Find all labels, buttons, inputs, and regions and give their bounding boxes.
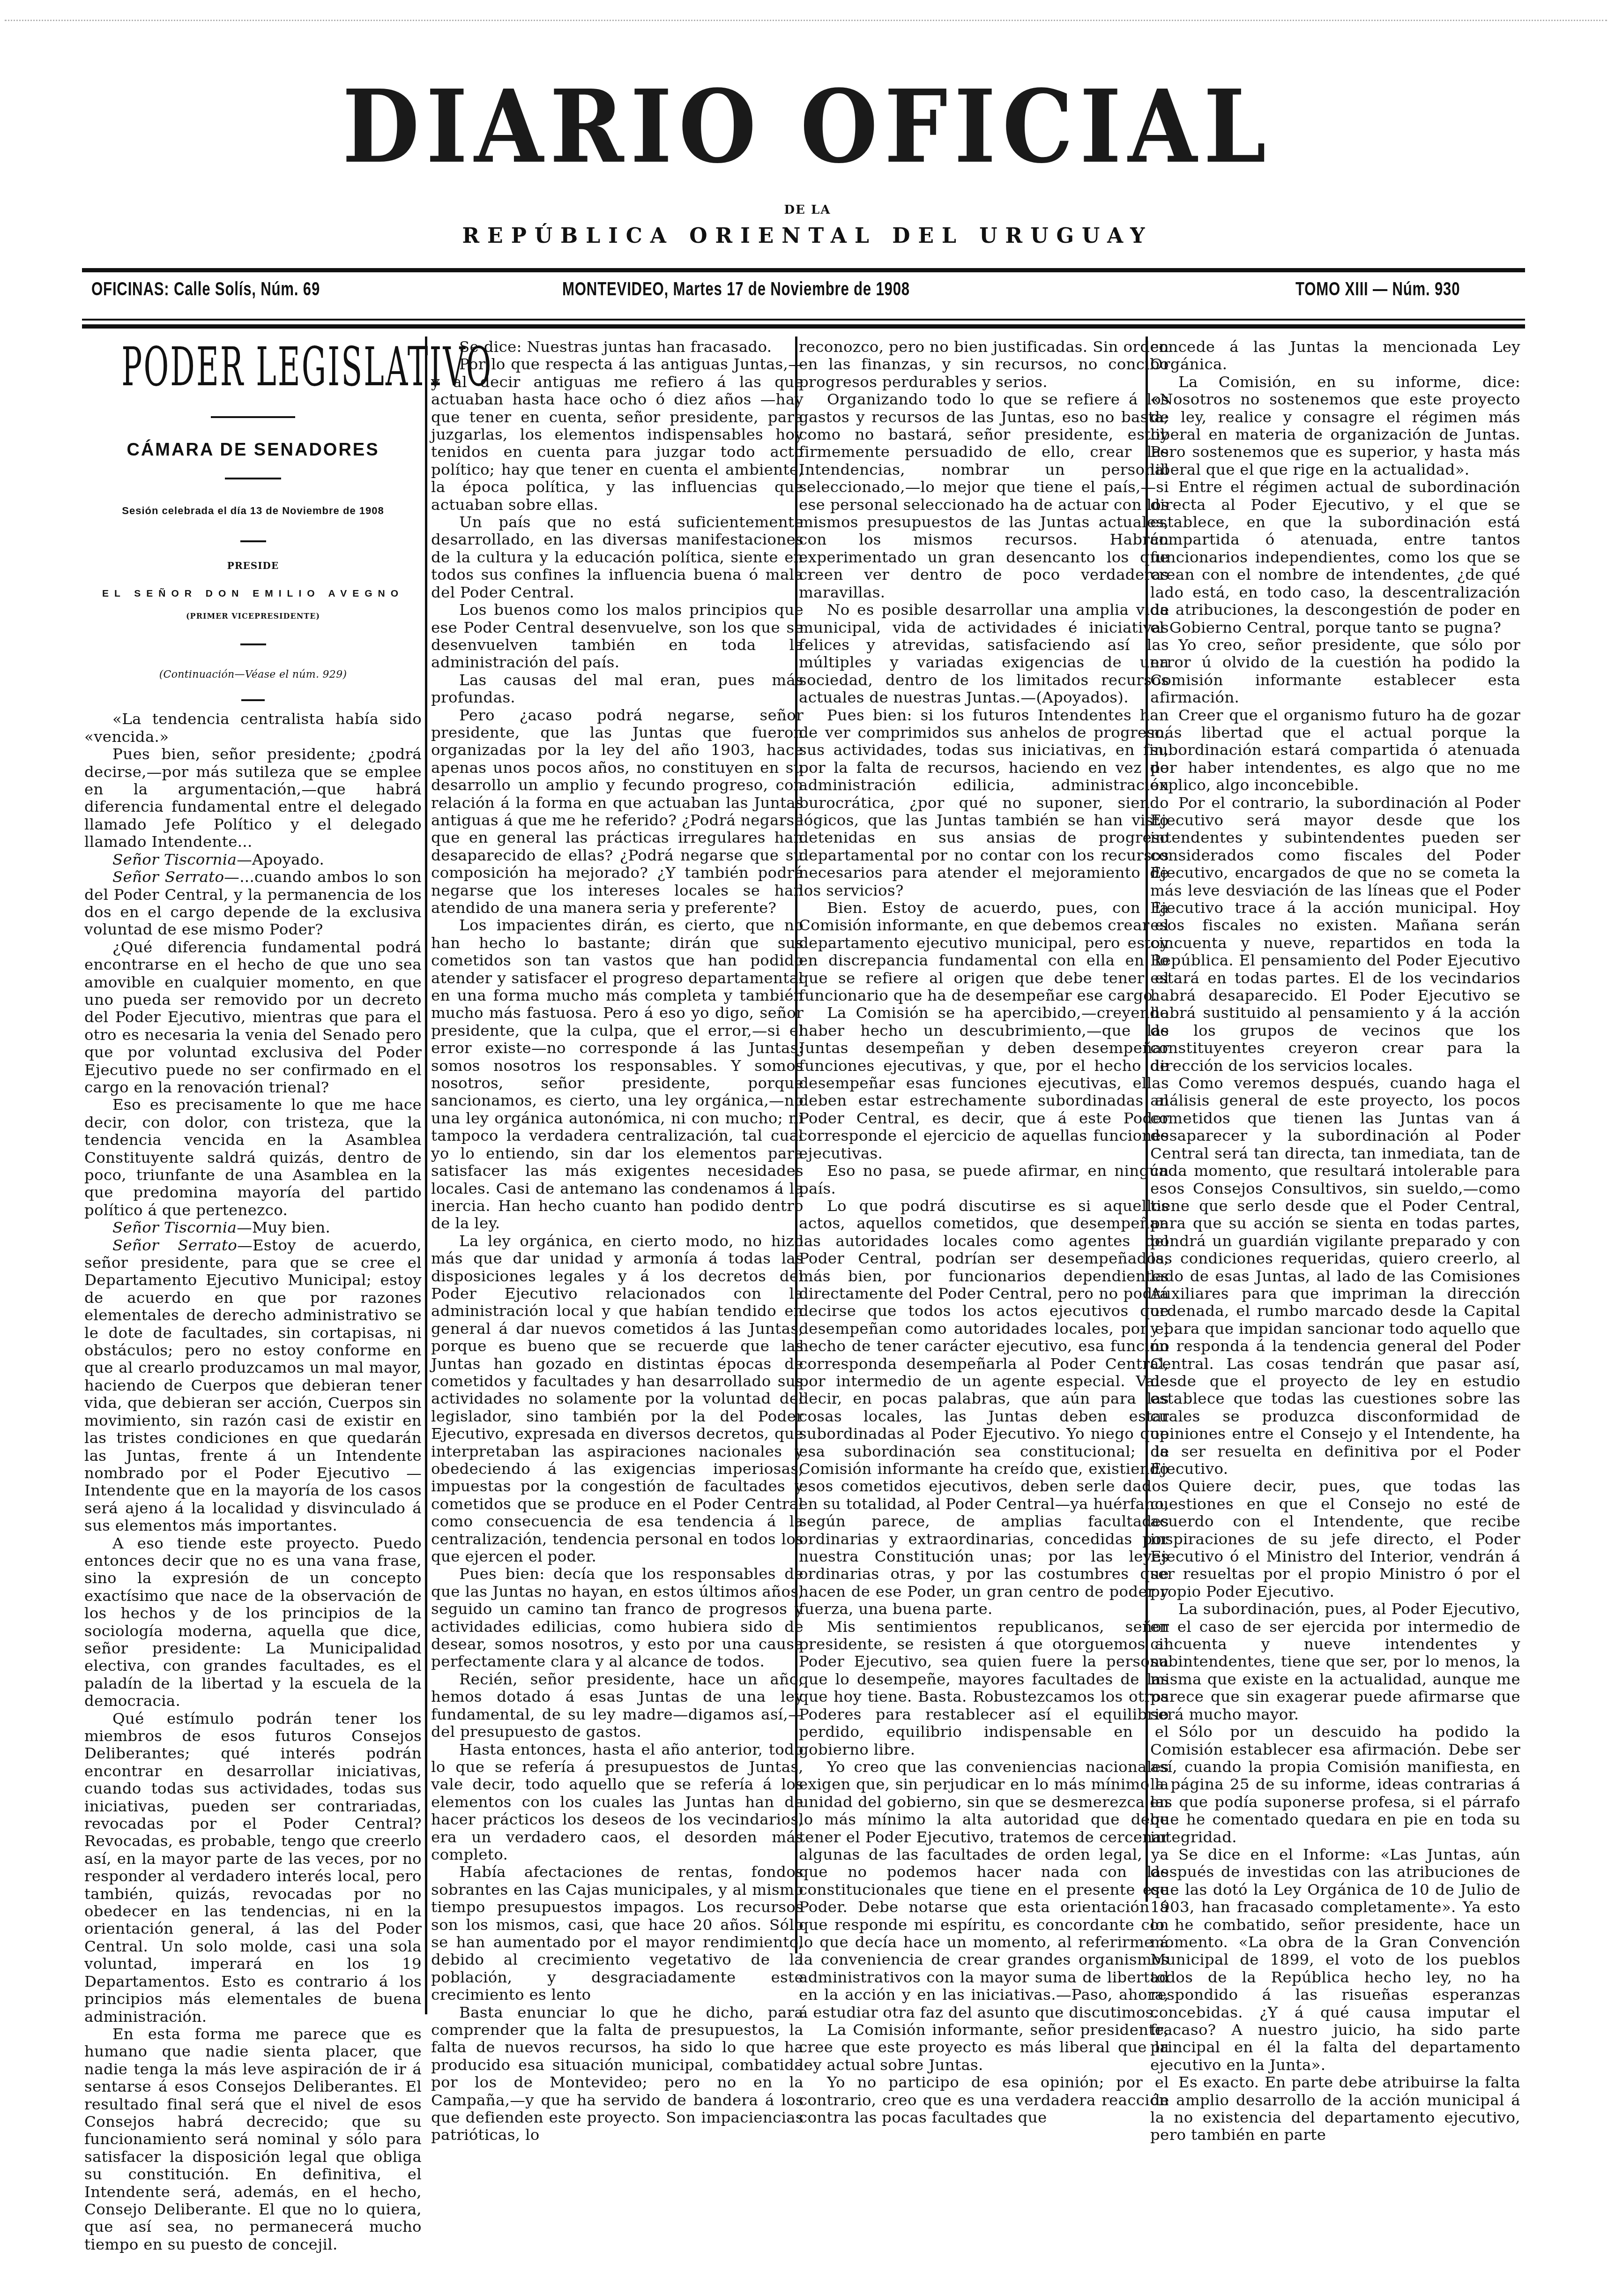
paragraph: «La tendencia centralista había sido «ve… <box>84 710 422 746</box>
paragraph-text: A eso tiende este proyecto. Puedo entonc… <box>84 1534 422 1710</box>
paragraph-text: La Comisión, en su informe, dice: «Nosot… <box>1150 373 1520 479</box>
paragraph: Eso no pasa, se puede afirmar, en ningún… <box>799 1162 1169 1197</box>
paragraph-text: La subordinación, pues, al Poder Ejecuti… <box>1150 1600 1520 1723</box>
speaker-name: Señor Serrato <box>112 1236 237 1254</box>
paragraph: Señor Serrato—Estoy de acuerdo, señor pr… <box>84 1237 422 1535</box>
paragraph: Basta enunciar lo que he dicho, para com… <box>431 2004 804 2144</box>
paragraph: Se dice en el Informe: «Las Juntas, aún … <box>1150 1846 1520 2074</box>
paragraph: La Comisión informante, señor presidente… <box>799 2021 1169 2074</box>
paragraph: Mis sentimientos republicanos, señor pre… <box>799 1618 1169 1758</box>
paragraph: Pues bien: decía que los responsables de… <box>431 1565 804 1670</box>
paragraph: Qué estímulo podrán tener los miembros d… <box>84 1710 422 2026</box>
paragraph: Un país que no está suficientemente desa… <box>431 514 804 601</box>
paragraph: No es posible desarrollar una amplia vid… <box>799 601 1169 706</box>
paragraph: Los buenos como los malos principios que… <box>431 601 804 672</box>
column-divider <box>425 337 427 2014</box>
paragraph: Organizando todo lo que se refiere á los… <box>799 391 1169 601</box>
paragraph-text: ¿Qué diferencia fundamental podrá encont… <box>84 938 422 1096</box>
paragraph-text: Yo creo que las conveniencias nacionales… <box>799 1758 1169 2021</box>
paragraph: Sólo por un descuido ha podido la Comisi… <box>1150 1723 1520 1846</box>
presiding-officer-role: (PRIMER VICEPRESIDENTE) <box>84 607 422 625</box>
paragraph-text: Basta enunciar lo que he dicho, para com… <box>431 2004 804 2144</box>
issue-number: TOMO XIII — Núm. 930 <box>1295 279 1460 307</box>
paragraph-text: Eso no pasa, se puede afirmar, en ningún… <box>799 1162 1169 1197</box>
paragraph: Los impacientes dirán, es cierto, que no… <box>431 917 804 1232</box>
paragraph-text: Eso es precisamente lo que me hace decir… <box>84 1096 422 1219</box>
paragraph-text: Qué estímulo podrán tener los miembros d… <box>84 1710 422 2026</box>
offices-address: OFICINAS: Calle Solís, Núm. 69 <box>91 279 320 307</box>
paragraph-text: «La tendencia centralista había sido «ve… <box>84 710 422 745</box>
paragraph-text: Se dice en el Informe: «Las Juntas, aún … <box>1150 1846 1520 2074</box>
paragraph: Entre el régimen actual de subordinación… <box>1150 479 1520 636</box>
paragraph-text: Yo creo, señor presidente, que sólo por … <box>1150 636 1520 706</box>
masthead-de-la: DE LA <box>0 203 1615 217</box>
paragraph-text: Pues bien: si los futuros Intendentes ha… <box>799 706 1169 899</box>
paragraph: La Comisión, en su informe, dice: «Nosot… <box>1150 374 1520 479</box>
paragraph: reconozco, pero no bien justificadas. Si… <box>799 338 1169 391</box>
section-title: PODER LEGISLATIVO <box>121 340 385 393</box>
divider <box>241 699 265 701</box>
paragraph-text: Los buenos como los malos principios que… <box>431 601 804 671</box>
paragraph-text: —Estoy de acuerdo, señor presidente, par… <box>84 1236 422 1535</box>
divider <box>225 478 281 479</box>
speaker-name: Señor Tiscornia <box>112 1219 237 1236</box>
paragraph-text: Por el contrario, la subordinación al Po… <box>1150 794 1520 1075</box>
paragraph: Se dice: Nuestras juntas han fracasado. <box>431 338 804 356</box>
chamber-title: CÁMARA DE SENADORES <box>84 441 422 459</box>
masthead-rule-bottom-1 <box>82 319 1525 321</box>
paragraph: Pues bien: si los futuros Intendentes ha… <box>799 707 1169 899</box>
paragraph-text: Organizando todo lo que se refiere á los… <box>799 390 1169 601</box>
masthead-subtitle: REPÚBLICA ORIENTAL DEL URUGUAY <box>0 224 1615 248</box>
paragraph: Había afectaciones de rentas, fondos sob… <box>431 1863 804 2004</box>
paragraph: Señor Serrato—...cuando ambos lo son del… <box>84 868 422 939</box>
paragraph-text: Entre el régimen actual de subordinación… <box>1150 478 1520 636</box>
paragraph: Hasta entonces, hasta el año anterior, t… <box>431 1741 804 1864</box>
divider <box>211 416 295 418</box>
paragraph: Yo creo que las conveniencias nacionales… <box>799 1758 1169 2021</box>
paragraph-text: Es exacto. En parte debe atribuirse la f… <box>1150 2073 1520 2144</box>
paragraph: ¿Qué diferencia fundamental podrá encont… <box>84 939 422 1097</box>
paragraph: La subordinación, pues, al Poder Ejecuti… <box>1150 1600 1520 1723</box>
paragraph: Señor Tiscornia—Apoyado. <box>84 851 422 868</box>
paragraph-text: —Apoyado. <box>237 851 324 868</box>
paragraph: Pues bien, señor presidente; ¿podrá deci… <box>84 746 422 851</box>
paragraph: Yo no participo de esa opinión; por el c… <box>799 2074 1169 2126</box>
paragraph: En esta forma me parece que es humano qu… <box>84 2026 422 2253</box>
paragraph-text: Bien. Estoy de acuerdo, pues, con la Com… <box>799 899 1169 1004</box>
paragraph-text: En esta forma me parece que es humano qu… <box>84 2025 422 2253</box>
paragraph-text: Pues bien: decía que los responsables de… <box>431 1565 804 1670</box>
paragraph-text: Lo que podrá discutirse es si aquellos a… <box>799 1197 1169 1618</box>
continuation-note: (Continuación—Véase el núm. 929) <box>84 666 422 683</box>
paragraph-text: Pero ¿acaso podrá negarse, señor preside… <box>431 706 804 917</box>
article-column-4: concede á las Juntas la mencionada Ley O… <box>1150 338 1520 2144</box>
paragraph-text: Sólo por un descuido ha podido la Comisi… <box>1150 1723 1520 1846</box>
masthead-rule-top <box>82 268 1525 272</box>
paragraph: Bien. Estoy de acuerdo, pues, con la Com… <box>799 899 1169 1004</box>
article-column-3: reconozco, pero no bien justificadas. Si… <box>799 338 1169 2126</box>
paragraph: Eso es precisamente lo que me hace decir… <box>84 1096 422 1219</box>
paragraph-text: Creer que el organismo futuro ha de goza… <box>1150 706 1520 794</box>
paragraph-text: La Comisión informante, señor presidente… <box>799 2021 1169 2074</box>
speaker-name: Señor Serrato <box>112 868 224 886</box>
paragraph-text: Había afectaciones de rentas, fondos sob… <box>431 1863 804 2004</box>
divider <box>240 643 266 645</box>
presiding-officer: EL SEÑOR DON EMILIO AVEGNO <box>84 585 422 602</box>
article-column-2: Se dice: Nuestras juntas han fracasado.P… <box>431 338 804 2144</box>
paragraph: Por el contrario, la subordinación al Po… <box>1150 794 1520 1075</box>
paragraph-text: Los impacientes dirán, es cierto, que no… <box>431 916 804 1232</box>
paragraph: Creer que el organismo futuro ha de goza… <box>1150 707 1520 794</box>
paragraph-text: Como veremos después, cuando haga el aná… <box>1150 1074 1520 1478</box>
paragraph: Recién, señor presidente, hace un año, h… <box>431 1671 804 1741</box>
paragraph-text: Hasta entonces, hasta el año anterior, t… <box>431 1741 804 1863</box>
paragraph-text: Por lo que respecta á las antiguas Junta… <box>431 355 804 513</box>
paragraph: La ley orgánica, en cierto modo, no hizo… <box>431 1233 804 1566</box>
newspaper-page: DIARIO OFICIAL DE LA REPÚBLICA ORIENTAL … <box>0 0 1615 2296</box>
masthead-title: DIARIO OFICIAL <box>0 77 1615 177</box>
paragraph-text: Yo no participo de esa opinión; por el c… <box>799 2073 1169 2126</box>
paragraph: Las causas del mal eran, pues más profun… <box>431 672 804 707</box>
paragraph: Por lo que respecta á las antiguas Junta… <box>431 356 804 514</box>
column-1-body: «La tendencia centralista había sido «ve… <box>84 710 422 2253</box>
paragraph-text: Las causas del mal eran, pues más profun… <box>431 671 804 706</box>
paragraph-text: La Comisión se ha apercibido,—creyendo h… <box>799 1004 1169 1162</box>
paragraph: Es exacto. En parte debe atribuirse la f… <box>1150 2074 1520 2144</box>
paragraph: Pero ¿acaso podrá negarse, señor preside… <box>431 707 804 917</box>
paragraph: Lo que podrá discutirse es si aquellos a… <box>799 1197 1169 1618</box>
paragraph-text: reconozco, pero no bien justificadas. Si… <box>799 338 1169 391</box>
paragraph: Señor Tiscornia—Muy bien. <box>84 1219 422 1236</box>
paragraph: A eso tiende este proyecto. Puedo entonc… <box>84 1535 422 1710</box>
masthead-rule-bottom-2 <box>82 324 1525 329</box>
paragraph: concede á las Juntas la mencionada Ley O… <box>1150 338 1520 374</box>
speaker-name: Señor Tiscornia <box>112 851 237 868</box>
page-edge-noise <box>5 20 1607 25</box>
article-column-1: PODER LEGISLATIVO CÁMARA DE SENADORES Se… <box>84 338 422 2253</box>
dateline: MONTEVIDEO, Martes 17 de Noviembre de 19… <box>562 279 910 307</box>
paragraph-text: Mis sentimientos republicanos, señor pre… <box>799 1618 1169 1758</box>
paragraph: Quiere decir, pues, que todas las cuesti… <box>1150 1478 1520 1600</box>
paragraph-text: Quiere decir, pues, que todas las cuesti… <box>1150 1477 1520 1600</box>
paragraph-text: Un país que no está suficientemente desa… <box>431 513 804 601</box>
paragraph-text: —Muy bien. <box>237 1219 330 1236</box>
paragraph-text: concede á las Juntas la mencionada Ley O… <box>1150 338 1520 373</box>
session-date: Sesión celebrada el día 13 de Noviembre … <box>84 502 422 519</box>
paragraph-text: Se dice: Nuestras juntas han fracasado. <box>459 338 772 356</box>
preside-label: PRESIDE <box>84 557 422 575</box>
paragraph-text: La ley orgánica, en cierto modo, no hizo… <box>431 1232 804 1565</box>
paragraph: Yo creo, señor presidente, que sólo por … <box>1150 636 1520 707</box>
paragraph: La Comisión se ha apercibido,—creyendo h… <box>799 1004 1169 1162</box>
paragraph-text: No es posible desarrollar una amplia vid… <box>799 601 1169 706</box>
paragraph-text: Pues bien, señor presidente; ¿podrá deci… <box>84 745 422 851</box>
paragraph: Como veremos después, cuando haga el aná… <box>1150 1075 1520 1478</box>
divider <box>240 540 266 542</box>
paragraph-text: Recién, señor presidente, hace un año, h… <box>431 1670 804 1741</box>
